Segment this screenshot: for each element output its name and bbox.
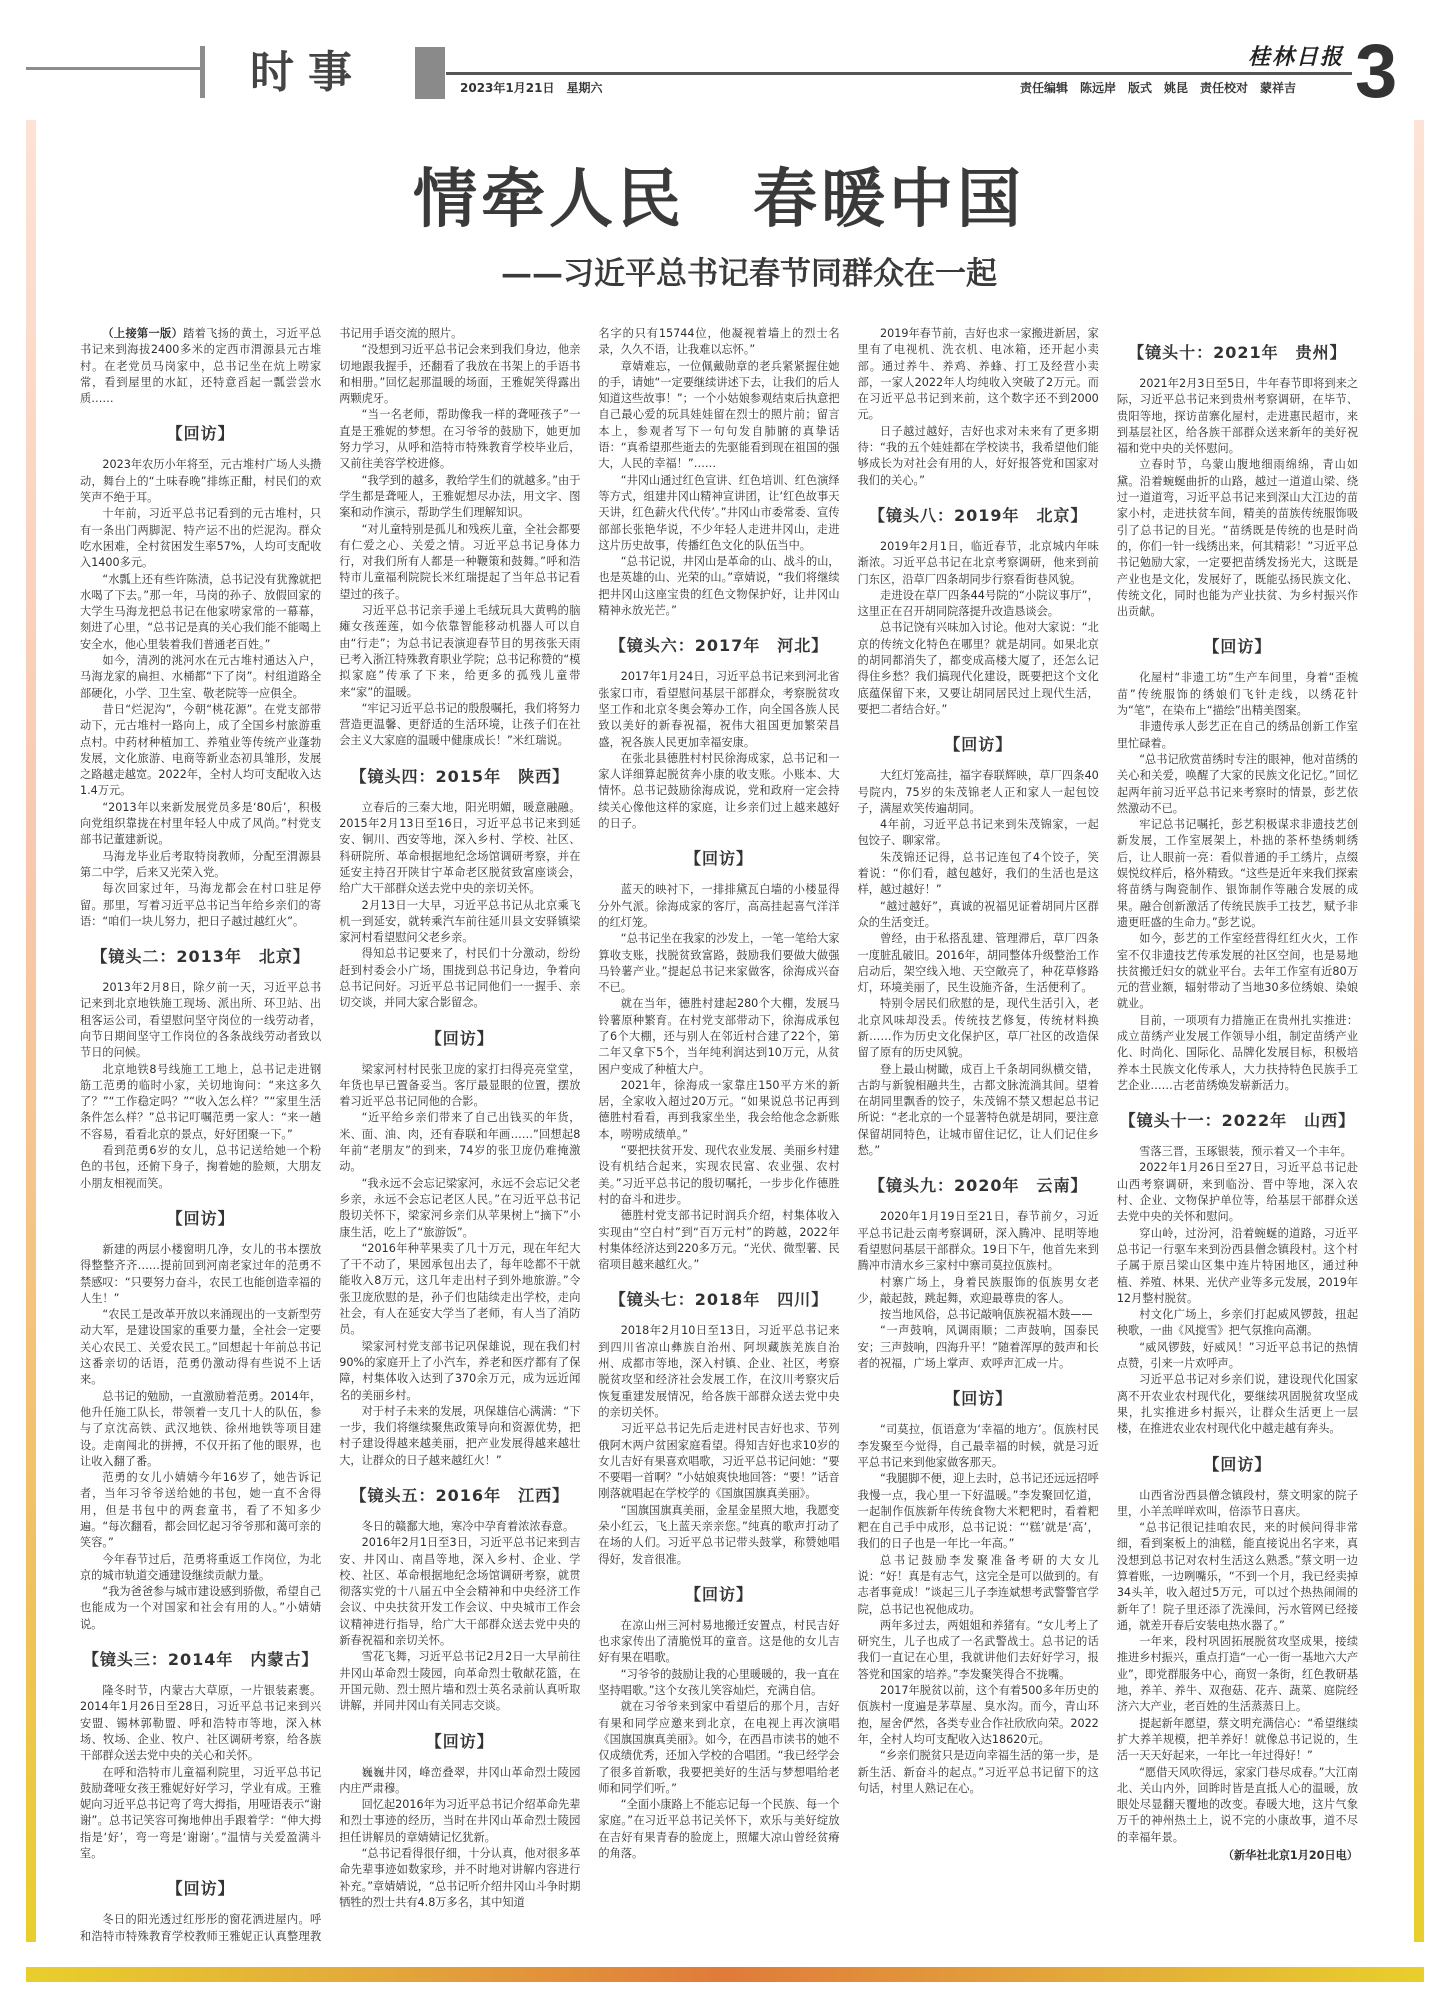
paragraph: “总书记说，井冈山是革命的山、战斗的山，也是英雄的山、光荣的山。”章婧说，“我们… (598, 554, 839, 619)
column-2: 书记用手语交流的照片。“没想到习近平总书记会来到我们身边，他亲切地跟我握手，还翻… (339, 326, 580, 1946)
paragraph: 习近平总书记亲手递上毛绒玩具大黄鸭的脑瘫女孩莲莲，如今依靠智能移动机器人可以自由… (339, 603, 580, 701)
newspaper-masthead: 桂林日报 (1248, 40, 1344, 71)
paragraph: 就在习爷爷来到家中看望后的那个月，吉好有果和同学应邀来到北京，在电视上再次演唱《… (598, 1699, 839, 1797)
paragraph: 两年多过去，两姐姐和养猪有。“女儿考上了研究生，儿子也成了一名武警战士。总书记的… (858, 1618, 1099, 1683)
paragraph: 雪花飞舞，习近平总书记2月2日一大早前往井冈山革命烈士陵园，向革命烈士敬献花篮，… (339, 1649, 580, 1714)
paragraph: “2016年种苹果卖了几十万元，现在年纪大了干不动了，果园承包出去了，每年唸都不… (339, 1241, 580, 1339)
paragraph: 大红灯笼高挂，福字春联辉映，草厂四条40号院内，75岁的朱茂锦老人正和家人一起包… (858, 768, 1099, 817)
paragraph: 章婧难忘，一位佩戴勋章的老兵紧紧握住她的手，请她“一定要继续讲述下去，让我们的后… (598, 359, 839, 473)
frame-right-border (1414, 120, 1424, 1942)
paragraph: 在凉山州三河村易地搬迁安置点，村民吉好也求家传出了清脆悦耳的童音。这是他的女儿吉… (598, 1618, 839, 1667)
paragraph: 就在当年，德胜村建起280个大棚，发展马铃薯原种繁育。在村党支部带动下，徐海成承… (598, 996, 839, 1077)
section-heading: 【回访】 (339, 1028, 580, 1050)
paragraph: 2017年脱贫以前，这个有着500多年历史的佤族村一度遍是茅草屋、臭水沟。而今，… (858, 1683, 1099, 1748)
paragraph: 村文化广场上，乡亲们打起威风锣鼓，扭起秧歌，一曲《风搅雪》把气氛推向高潮。 (1117, 1307, 1358, 1340)
paragraph: 特别令居民们欣慰的是，现代生活引入，老北京风味却没丢。传统技艺修复，传统材料换新… (858, 996, 1099, 1061)
section-heading: 【镜头四：2015年 陕西】 (339, 766, 580, 788)
paragraph: 名字的只有15744位，他凝视着墙上的烈士名录，久久不语，让我难以忘怀。” (598, 326, 839, 359)
article-body: （上接第一版）踏着飞扬的黄土，习近平总书记来到海拔2400多米的定西市渭源县元古… (80, 326, 1358, 1946)
paragraph: “对儿童特别是孤儿和残疾儿童，全社会都要有仁爱之心、关爱之情。习近平总书记身体力… (339, 522, 580, 603)
section-heading: 【回访】 (80, 423, 321, 445)
paragraph: 目前，一项项有力措施正在贵州扎实推进：成立苗绣产业发展工作领导小组，制定苗绣产业… (1117, 1013, 1358, 1094)
paragraph: “水瓢上还有些许陈渍，总书记没有犹豫就把水喝了下去。”那一年，马岗的孙子、放假回… (80, 572, 321, 653)
column-3: 名字的只有15744位，他凝视着墙上的烈士名录，久久不语，让我难以忘怀。”章婧难… (598, 326, 839, 1946)
section-heading: 【镜头七：2018年 四川】 (598, 1289, 839, 1311)
paragraph: 登上最山树瞰，成百上千条胡同纵横交错，古韵与新貌相融共生，古都文脉流淌其间。望着… (858, 1062, 1099, 1160)
section-heading: 【镜头三：2014年 内蒙古】 (80, 1649, 321, 1671)
section-heading: 【镜头五：2016年 江西】 (339, 1485, 580, 1507)
paragraph: 曾经，由于私搭乱建、管理滞后，草厂四条一度脏乱破旧。2016年，胡同整体升级整治… (858, 931, 1099, 996)
paragraph: 2月13日一大早，习近平总书记从北京乘飞机一到延安，就转乘汽车前往延川县文安驿镇… (339, 898, 580, 947)
paragraph: 2020年1月19日至21日，春节前夕，习近平总书记赴云南考察调研，深入腾冲、昆… (858, 1209, 1099, 1274)
paragraph: 在张北县德胜村村民徐海成家，总书记和一家人详细算起脱贫奔小康的收支账。小账本、大… (598, 751, 839, 832)
paragraph: 2013年2月8日，除夕前一天，习近平总书记来到北京地铁施工现场、派出所、环卫站… (80, 980, 321, 1061)
paragraph: 总书记鼓励李发聚准备考研的大女儿说：“好！真是有志气，这完全是可以做到的。有志者… (858, 1553, 1099, 1618)
section-heading: 【回访】 (1117, 636, 1358, 658)
paragraph: “全面小康路上不能忘记每一个民族、每一个家庭。”在习近平总书记关怀下，欢乐与美好… (598, 1797, 839, 1862)
paragraph: “一声鼓响，风调雨顺；二声鼓响，国泰民安；三声鼓响，四海升平！”随着浑厚的鼓声和… (858, 1323, 1099, 1372)
section-heading: 【镜头八：2019年 北京】 (858, 505, 1099, 527)
frame-left-border (26, 120, 36, 1942)
paragraph: 习近平总书记对乡亲们说，建设现代化国家离不开农业农村现代化，要继续巩固脱贫攻坚成… (1117, 1372, 1358, 1437)
editor-credits: 责任编辑 陈远岸 版式 姚昆 责任校对 蒙祥吉 (1020, 79, 1296, 96)
paragraph: “总书记看得很仔细，十分认真，他对很多革命先辈事迹如数家珍，并不时地对讲解内容进… (339, 1846, 580, 1911)
column-4: 2019年春节前，吉好也求一家搬进新居，家里有了电视机、洗衣机、电冰箱，还开起小… (858, 326, 1099, 1946)
paragraph: 书记用手语交流的照片。 (339, 326, 580, 342)
issue-date: 2023年1月21日 星期六 (460, 79, 602, 96)
paragraph: 马海龙毕业后考取特岗教师，分配至渭源县第二中学，后来又光荣入党。 (80, 849, 321, 882)
paragraph: “近平给乡亲们带来了自己出钱买的年货，米、面、油、肉，还有春联和年画……”回想起… (339, 1110, 580, 1175)
paragraph: 村寨广场上，身着民族服饰的佤族男女老少，敲起鼓，跳起舞，欢迎最尊贵的客人。 (858, 1275, 1099, 1308)
paragraph: 总书记饶有兴味加入讨论。他对大家说：“北京的传统文化特色在哪里？就是胡同。如果北… (858, 620, 1099, 718)
paragraph: 非遗传承人彭艺正在自己的绣品创新工作室里忙碌着。 (1117, 719, 1358, 752)
paragraph: “总书记坐在我家的沙发上，一笔一笔给大家算收支账，找脱贫致富路，鼓励我们要做大做… (598, 931, 839, 996)
continuation-note: （上接第一版） (102, 327, 183, 340)
header-rule-main (446, 72, 1352, 75)
column-1: （上接第一版）踏着飞扬的黄土，习近平总书记来到海拔2400多米的定西市渭源县元古… (80, 326, 321, 1946)
paragraph: 得知总书记要来了，村民们十分激动，纷纷赶到村委会小广场，围拢到总书记身边，争着向… (339, 946, 580, 1011)
paragraph: 化屋村“非遗工坊”生产车间里，身着“歪梳苗”传统服饰的绣娘们飞针走线，以绣花针为… (1117, 670, 1358, 719)
header-rule-left (26, 67, 201, 70)
paragraph: 今年春节过后，范勇将重返工作岗位，为北京的城市轨道交通建设继续贡献力量。 (80, 1552, 321, 1585)
paragraph: “农民工是改革开放以来涌现出的一支新型劳动大军，是建设国家的重要力量，全社会一定… (80, 1307, 321, 1388)
section-heading: 【回访】 (1117, 1454, 1358, 1476)
paragraph: “我永远不会忘记梁家河，永远不会忘记父老乡亲，永远不会忘记老区人民。”在习近平总… (339, 1176, 580, 1241)
paragraph: 昔日“烂泥沟”，今朝“桃花源”。在党支部带动下，元古堆村一路向上，成了全国乡村旅… (80, 702, 321, 800)
paragraph: “愿借天风吹得远，家家门巷尽成春。”大江南北、关山内外，回眸时皆是直抵人心的温暖… (1117, 1765, 1358, 1846)
section-heading: 【镜头十一：2022年 山西】 (1117, 1110, 1358, 1132)
page-number: 3 (1355, 34, 1397, 110)
paragraph: “国旗国旗真美丽，金星金星照大地，我愿变朵小红云，飞上蓝天亲亲您。”纯真的歌声打… (598, 1503, 839, 1568)
paragraph: “要把扶贫开发、现代农业发展、美丽乡村建设有机结合起来，实现农民富、农业强、农村… (598, 1143, 839, 1208)
paragraph: 2022年1月26日至27日，习近平总书记赴山西考察调研，来到临汾、晋中等地，深… (1117, 1160, 1358, 1225)
paragraph: 2021年2月3日至5日，牛年春节即将到来之际，习近平总书记来到贵州考察调研，在… (1117, 376, 1358, 457)
section-heading: 【回访】 (598, 848, 839, 870)
section-heading: 【镜头九：2020年 云南】 (858, 1175, 1099, 1197)
paragraph: 朱茂锦还记得，总书记连包了4个饺子，笑着说：“你们看，越包越好，我们的生活也是这… (858, 850, 1099, 899)
paragraph: 冬日的赣鄱大地，寒冷中孕育着浓浓春意。 (339, 1519, 580, 1535)
paragraph: “越过越好”，真诚的祝福见证着胡同片区群众的生活变迁。 (858, 899, 1099, 932)
paragraph: 德胜村党支部书记时润兵介绍，村集体收入实现由“空白村”到“百万元村”的跨越，20… (598, 1208, 839, 1273)
paragraph: 4年前，习近平总书记来到朱茂锦家，一起包饺子、聊家常。 (858, 817, 1099, 850)
paragraph: 在呼和浩特市儿童福利院里，习近平总书记鼓励聋哑女孩王雅妮好好学习，学业有成。王雅… (80, 1765, 321, 1863)
section-heading: 【镜头二：2013年 北京】 (80, 946, 321, 968)
paragraph: 冬日的阳光透过红彤彤的窗花洒进屋内。呼和浩特市特殊教育学校教师王雅妮正认真整理教… (80, 1912, 321, 1946)
paragraph: “威风锣鼓，好威风！”习近平总书记的热情点赞，引来一片欢呼声。 (1117, 1340, 1358, 1373)
paragraph: 十年前，习近平总书记看到的元古堆村，只有一条出门两脚泥、特产运不出的烂泥沟。群众… (80, 506, 321, 571)
paragraph: “总书记欣赏苗绣时专注的眼神，他对苗绣的关心和关爱，唤醒了大家的民族文化记忆。”… (1117, 752, 1358, 817)
section-heading: 【回访】 (598, 1584, 839, 1606)
paragraph: （上接第一版）踏着飞扬的黄土，习近平总书记来到海拔2400多米的定西市渭源县元古… (80, 326, 321, 407)
paragraph: 2017年1月24日，习近平总书记来到河北省张家口市，看望慰问基层干部群众，考察… (598, 669, 839, 750)
paragraph: 新建的两层小楼窗明几净，女儿的书本摆放得整整齐齐……提前回到河南老家过年的范勇不… (80, 1242, 321, 1307)
paragraph: 隆冬时节，内蒙古大草原，一片银装素裹。2014年1月26日至28日，习近平总书记… (80, 1683, 321, 1764)
paragraph: “2013年以来新发展党员多是‘80后’，积极向党组织靠拢在村里年轻人中成了风尚… (80, 800, 321, 849)
paragraph: 2018年2月10日至13日，习近平总书记来到四川省凉山彝族自治州、阿坝藏族羌族… (598, 1323, 839, 1421)
article-title: 情牵人民 春暖中国 (0, 160, 1438, 240)
paragraph: “当一名老师，帮助像我一样的聋哑孩子”一直是王雅妮的梦想。在习爷爷的鼓励下，她更… (339, 407, 580, 472)
paragraph: 2019年春节前，吉好也求一家搬进新居，家里有了电视机、洗衣机、电冰箱，还开起小… (858, 326, 1099, 424)
paragraph: “总书记很记挂咱农民，来的时候问得非常细，看到案板上的油糕，能直接说出名字来，真… (1117, 1520, 1358, 1634)
column-5: 【镜头十：2021年 贵州】2021年2月3日至5日，牛年春节即将到来之际，习近… (1117, 326, 1358, 1946)
paragraph: 雪落三晋，玉琢银装，预示着又一个丰年。 (1117, 1144, 1358, 1160)
header-block-marker (415, 47, 445, 99)
section-heading: 【回访】 (858, 1388, 1099, 1410)
paragraph: 看到范勇6岁的女儿，总书记送给她一个粉色的书包，还俯下身子，掬着她的脸颊，大朋友… (80, 1143, 321, 1192)
section-heading: 【回访】 (858, 734, 1099, 756)
paragraph: 提起新年愿望，蔡文明充满信心：“希望继续扩大养羊规模，把羊养好！就像总书记说的，… (1117, 1716, 1358, 1765)
article-subtitle: ——习近平总书记春节同群众在一起 (0, 254, 1438, 294)
paragraph: 北京地铁8号线施工工地上，总书记走进钢筋工范勇的临时小家，关切地询问：“来这多久… (80, 1062, 321, 1143)
paragraph: 一年来，段村巩固拓展脱贫攻坚成果，接续推进乡村振兴，重点打造“一心一街一基地六大… (1117, 1634, 1358, 1715)
paragraph: “乡亲们脱贫只是迈向幸福生活的第一步，是新生活、新奋斗的起点。”习近平总书记留下… (858, 1748, 1099, 1797)
paragraph: “我腿脚不便，迎上去时，总书记还远远招呼我慢一点，我心里一下好温暖。”李发聚回忆… (858, 1471, 1099, 1552)
section-heading: 【回访】 (339, 1731, 580, 1753)
paragraph: 如今，彭艺的工作室经营得红红火火，工作室不仅非遗技艺传承发展的社区空间，也是易地… (1117, 931, 1358, 1012)
paragraph: 2019年2月1日，临近春节，北京城内年味渐浓。习近平总书记在北京考察调研，他来… (858, 539, 1099, 588)
paragraph: 立春时节，乌蒙山腹地细雨绵绵，青山如黛。沿着蜿蜒曲折的山路，越过一道道山梁、绕过… (1117, 457, 1358, 620)
paragraph: 总书记的勉励，一直激励着范勇。2014年，他升任施工队长，带领着一支几十人的队伍… (80, 1389, 321, 1470)
paragraph: 走进设在草厂四条44号院的“小院议事厅”，这里正在召开胡同院落提升改造恳谈会。 (858, 588, 1099, 621)
paragraph: 2021年，徐海成一家靠庄150平方米的新居，全家收入超过20万元。“如果说总书… (598, 1078, 839, 1143)
paragraph: 2016年2月1日至3日，习近平总书记来到吉安、井冈山、南昌等地，深入乡村、企业… (339, 1535, 580, 1649)
section-heading: 【回访】 (80, 1208, 321, 1230)
paragraph: 范勇的女儿小婧婧今年16岁了，她告诉记者，当年习爷爷送给她的书包，她一直不舍得用… (80, 1470, 321, 1551)
section-heading: 【镜头六：2017年 河北】 (598, 635, 839, 657)
paragraph: “习爷爷的鼓励让我的心里暖暖的，我一直在坚持唱歌。”这个女孩儿笑容灿烂，充满自信… (598, 1667, 839, 1700)
paragraph: 按当地风俗，总书记敲响佤族祝福木鼓—— (858, 1307, 1099, 1323)
paragraph: “我学到的越多，教给学生们的就越多。”由于学生都是聋哑人，王雅妮想尽办法，用文字… (339, 473, 580, 522)
paragraph: 蓝天的映衬下，一排排黛瓦白墙的小楼显得分外气派。徐海成家的客厅，高高挂起喜气洋洋… (598, 882, 839, 931)
section-heading: 【回访】 (80, 1878, 321, 1900)
section-heading: 【镜头十：2021年 贵州】 (1117, 342, 1358, 364)
paragraph: 牢记总书记嘱托，彭艺积极谋求非遗技艺创新发展，工作室展架上，朴拙的茶杯垫绣刺绣后… (1117, 817, 1358, 931)
paragraph: 穿山岭，过汾河，沿着蜿蜒的道路，习近平总书记一行驱车来到汾西县僧念镇段村。这个村… (1117, 1226, 1358, 1307)
paragraph: 山西省汾西县僧念镇段村，蔡文明家的院子里，小羊羔咩咩欢叫，倍添节日喜庆。 (1117, 1488, 1358, 1521)
paragraph: “牢记习近平总书记的殷殷嘱托，我们将努力营造更温馨、更舒适的生活环境，让孩子们在… (339, 701, 580, 750)
paragraph: 如今，清冽的洮河水在元古堆村通达入户，马海龙家的扁担、水桶都“下了岗”。村组道路… (80, 653, 321, 702)
paragraph: 每次回家过年，马海龙都会在村口驻足停留。那里，写着习近平总书记当年给乡亲们的寄语… (80, 881, 321, 930)
paragraph: “没想到习近平总书记会来到我们身边，他亲切地跟我握手，还翻看了我放在书架上的手语… (339, 342, 580, 407)
paragraph: 对于村子未来的发展，巩保雄信心满满：“下一步，我们将继续聚焦政策导向和资源优势，… (339, 1404, 580, 1469)
frame-bottom-bar (26, 1967, 1424, 1982)
paragraph: 回忆起2016年为习近平总书记介绍革命先辈和烈士事迹的经历，当时在井冈山革命烈士… (339, 1797, 580, 1846)
paragraph: 梁家河村村民张卫庞的家打扫得亮亮堂堂，年货也早已置备妥当。客厅最显眼的位置，摆放… (339, 1062, 580, 1111)
header-divider (200, 46, 205, 98)
paragraph: 巍巍井冈，峰峦叠翠，井冈山革命烈士陵园内庄严肃穆。 (339, 1765, 580, 1798)
section-name: 时事 (250, 48, 366, 98)
paragraph: 习近平总书记先后走进村民吉好也求、节列俄阿木两户贫困家庭看望。得知吉好也求10岁… (598, 1421, 839, 1502)
paragraph: “司莫拉，佤语意为‘幸福的地方’。佤族村民李发聚至今觉得，自己最幸福的时候，就是… (858, 1422, 1099, 1471)
paragraph: “我为爸爸参与城市建设感到骄傲，希望自己也能成为一个对国家和社会有用的人。”小婧… (80, 1584, 321, 1633)
paragraph: 日子越过越好，吉好也求对未来有了更多期待：“我的五个娃娃都在学校读书，我希望他们… (858, 424, 1099, 489)
paragraph: 梁家河村党支部书记巩保雄说，现在我们村90%的家庭开上了小汽车，养老和医疗都有了… (339, 1339, 580, 1404)
article-dateline: （新华社北京1月20日电） (1117, 1848, 1358, 1864)
paragraph: 2023年农历小年将至，元古堆村广场人头攒动，舞台上的“土味春晚”排练正酣，村民… (80, 457, 321, 506)
paragraph: “井冈山通过红色宣讲、红色培训、红色演绎等方式，组建井冈山精神宣讲团，让‘红色故… (598, 473, 839, 554)
paragraph: 立春后的三秦大地，阳光明媚，暖意融融。2015年2月13日至16日，习近平总书记… (339, 800, 580, 898)
